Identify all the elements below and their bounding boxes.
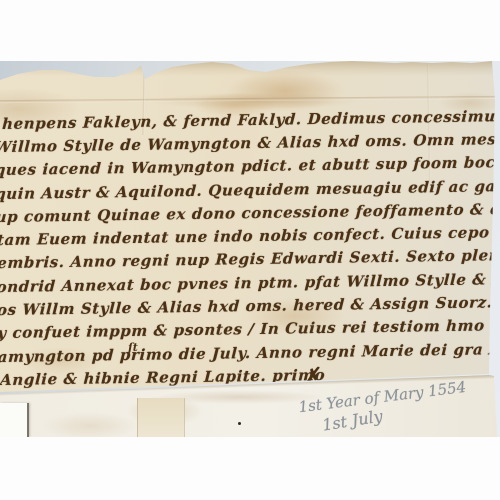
parchment-edge-shadow	[0, 61, 500, 76]
underlying-paper-corner	[0, 403, 29, 437]
manuscript-line: ques iacend in Wamyngton pdict. et abutt…	[0, 152, 500, 179]
auction-photo-frame: henpens Fakleyn, & fernd Faklyd. Dedimus…	[0, 0, 500, 500]
manuscript-line: tam Euem indentat une indo nobis confect…	[0, 222, 500, 249]
manuscript-line: y confuet imppm & psontes / In Cuius rei…	[0, 315, 500, 342]
manuscript-line: embris. Anno regni nup Regis Edwardi Sex…	[0, 246, 500, 272]
manuscript-line: up comunt Quinae ex dono concessione feo…	[0, 199, 500, 226]
ink-speck	[238, 422, 241, 425]
manuscript-line: Willmo Stylle de Wamyngton & Alias hxd o…	[0, 129, 500, 156]
manuscript-line: quin Austr & Aquilond. Quequidem mesuagi…	[0, 176, 500, 203]
manuscript-line: ondrid Annexat boc pvnes in ptm. pfat Wi…	[0, 270, 500, 296]
manuscript-line: henpens Fakleyn, & fernd Faklyd. Dedimus…	[2, 107, 500, 133]
document-photo: henpens Fakleyn, & fernd Faklyd. Dedimus…	[0, 61, 500, 437]
manuscript-line: amyngton pd primo die July. Anno regni M…	[0, 339, 500, 366]
horizontal-fold-crease	[0, 96, 500, 103]
seal-tag-patch	[137, 398, 185, 437]
manuscript-text-block: henpens Fakleyn, & fernd Faklyd. Dedimus…	[0, 107, 500, 405]
manuscript-line: os Willm Stylle & Alias hxd oms. hered &…	[0, 293, 500, 319]
interlinear-insertion: ſt	[128, 341, 138, 354]
